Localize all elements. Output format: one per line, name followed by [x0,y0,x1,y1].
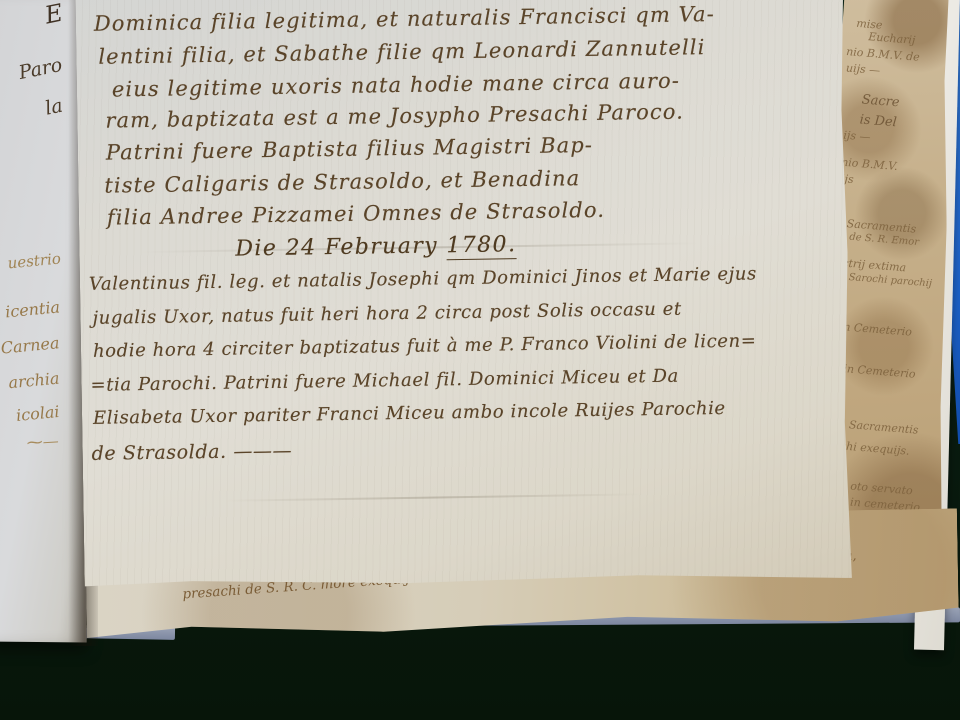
margin-note: in Cemeterio [839,320,912,339]
margin-note: oto servato [850,480,913,498]
manuscript-line: jugalis Uxor, natus fuit heri hora 2 cir… [92,299,682,329]
date-prefix: Die 24 February [235,233,446,261]
manuscript-line: tiste Caligaris de Strasoldo, et Benadin… [104,166,580,197]
left-page-fragment: la [43,95,64,120]
margin-note: i Sarochi parochij [842,271,933,289]
left-page-fragment: archia [7,369,60,393]
manuscript-line: eius legitime uxoris nata hodie mane cir… [112,69,680,102]
left-page-flourish: ⁓— [26,431,59,452]
margin-note: is Del [859,112,897,130]
margin-note: Eucharij [868,30,916,47]
manuscript-line: Valentinus fil. leg. et natalis Josephi … [89,263,757,294]
margin-note: nio B.M.V. [841,156,898,173]
manuscript-line: de Strasolda. ——— [91,440,292,465]
left-page-fragment: icentia [4,297,60,321]
date-year: 1780. [446,232,516,260]
manuscript-line: =tia Parochi. Patrini fuere Michael fil.… [90,366,679,396]
left-page-fragment: Carnea [0,333,60,357]
manuscript-page: Dominica filia legitima, et naturalis Fr… [75,0,852,590]
manuscript-line: ram, baptizata est a me Josypho Presachi… [105,100,684,133]
margin-note: uijs — [846,61,881,77]
margin-note: Sacre [861,92,900,110]
left-page-fragment: E [43,0,66,30]
manuscript-line: filia Andree Pizzamei Omnes de Strasoldo… [107,198,605,230]
left-page-fragment: uestrio [7,249,62,272]
manuscript-line: hodie hora 4 circiter baptizatus fuit à … [93,330,757,361]
manuscript-line: Patrini fuere Baptista filius Magistri B… [106,133,593,165]
date-heading: Die 24 February 1780. [235,232,516,261]
left-page-fragment: Paro [17,54,64,84]
margin-note: in Cemeterio [843,362,916,381]
paper-crease [223,493,643,502]
manuscript-line: lentini filia, et Sabathe filie qm Leona… [98,35,705,69]
manuscript-line: Elisabeta Uxor pariter Franci Miceu ambo… [93,398,726,429]
left-page-fragment: icolai [15,402,60,425]
manuscript-line: Dominica filia legitima, et naturalis Fr… [94,2,715,36]
margin-note: ijs — [843,129,871,144]
margin-note: nio B.M.V. de [846,45,920,64]
register-photograph: E Paro la uestrio icentia Carnea archia … [0,0,960,720]
margin-note: Sacramentis [848,418,918,436]
